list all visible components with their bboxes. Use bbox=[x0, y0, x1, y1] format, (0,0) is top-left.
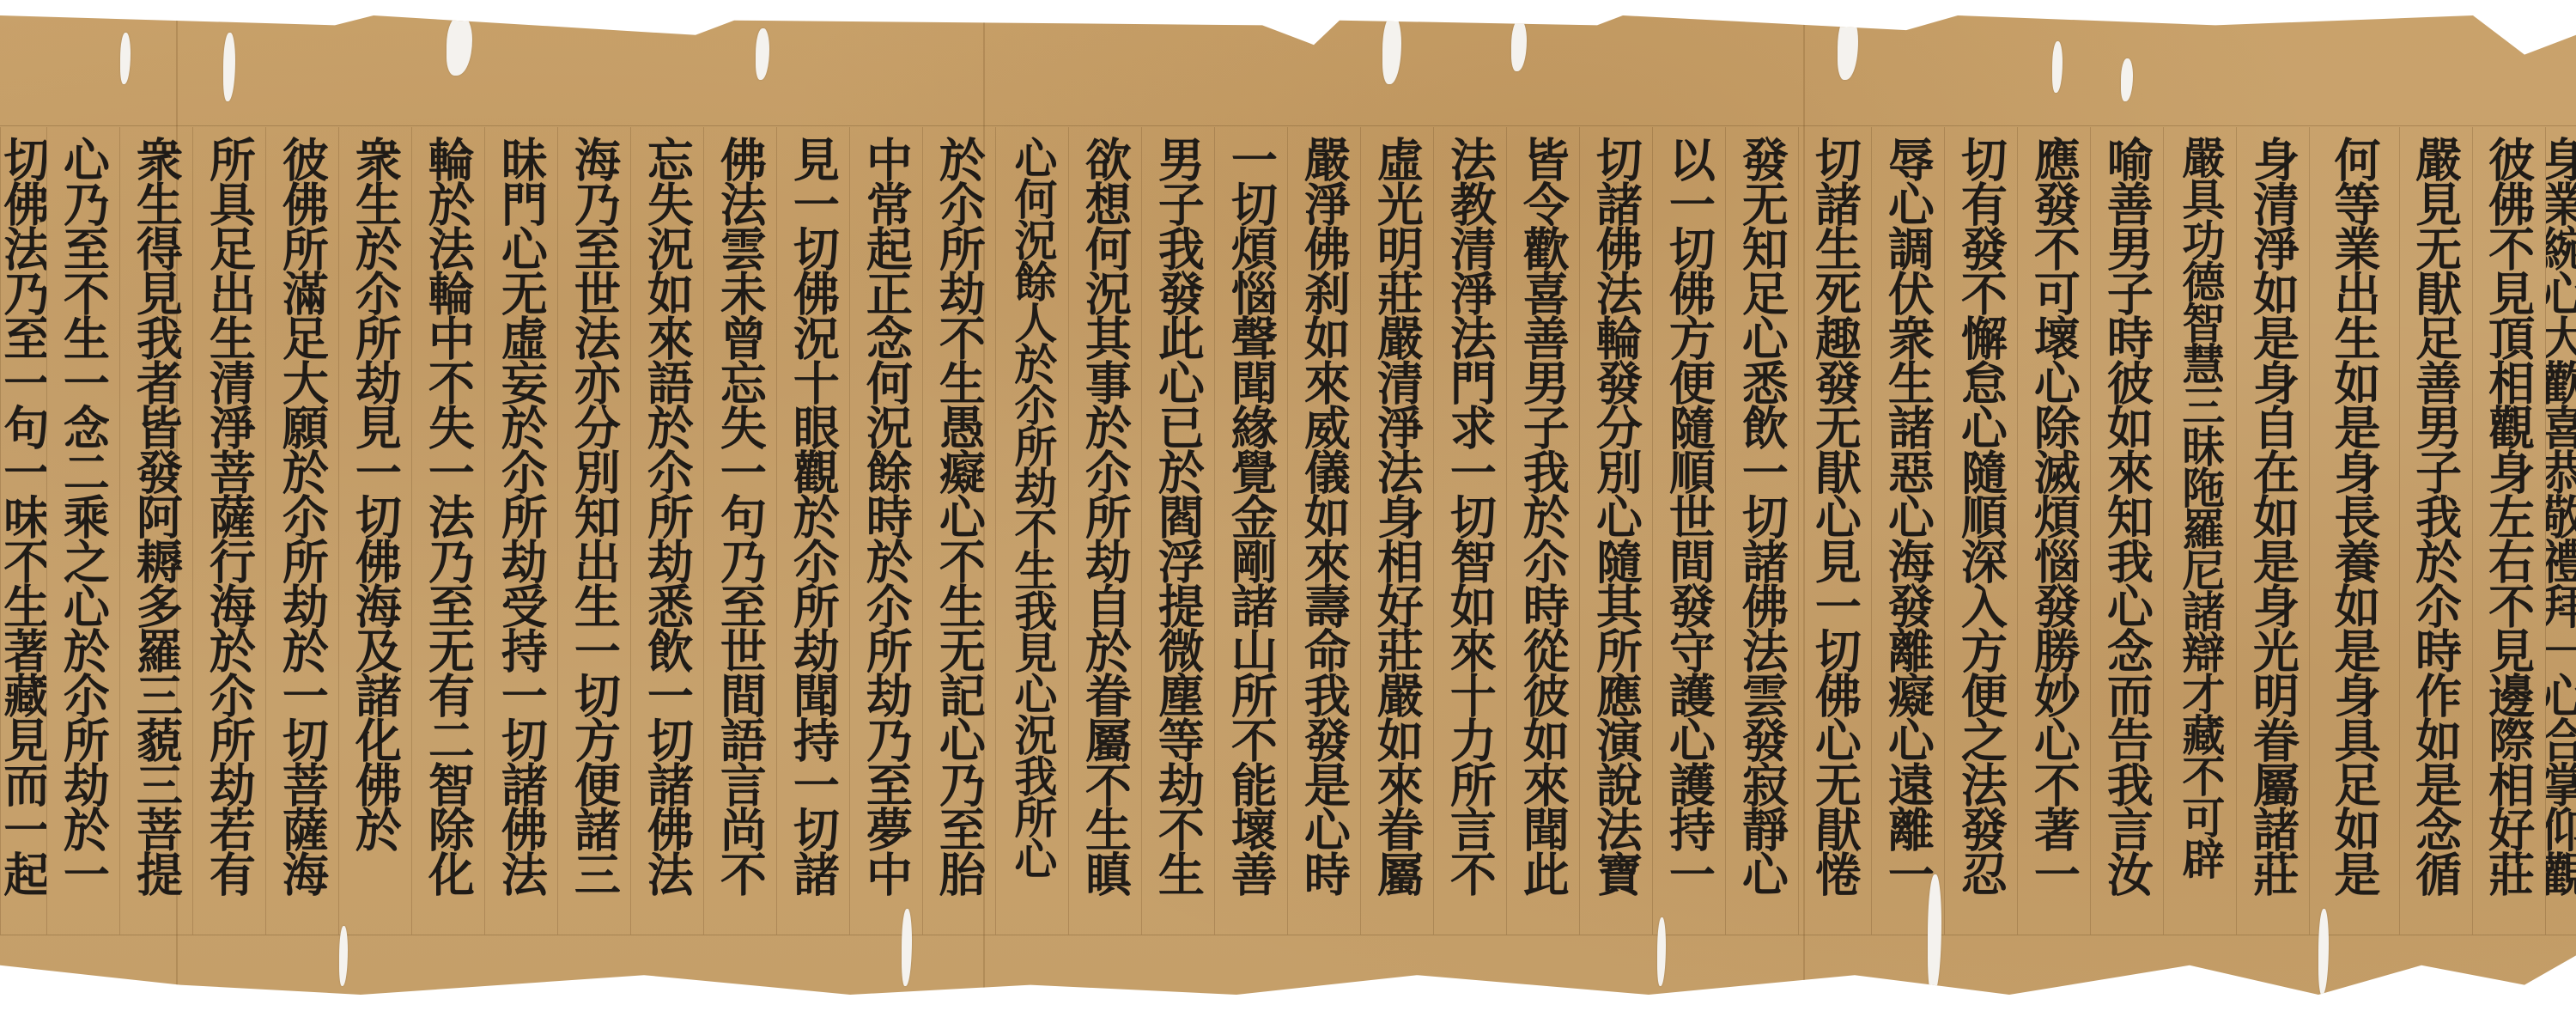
paper-damage bbox=[1511, 20, 1527, 71]
paper-damage bbox=[223, 33, 235, 101]
text-column: 忘失況如來語於尒所劫悉飲一切諸佛法 bbox=[630, 127, 703, 935]
column-text: 嚴淨佛刹如來威儀如來壽命我發是心時 bbox=[1301, 127, 1347, 935]
paper-damage bbox=[339, 926, 348, 986]
text-column: 切諸佛法輪發分別心隨其所應演說法寶 bbox=[1579, 127, 1652, 935]
column-text: 中常起正念何況餘時於尒所劫乃至夢中 bbox=[863, 127, 909, 935]
text-column: 皆令歡喜善男子我於尒時從彼如來聞此 bbox=[1506, 127, 1579, 935]
text-column: 心何況餘人於尒所劫不生我見心況我所心 bbox=[995, 127, 1068, 935]
column-text: 嚴見无猒足善男子我於尒時作如是念循 bbox=[2413, 127, 2459, 935]
text-column: 切諸生死趣發无猒心見一切佛心无猒惓 bbox=[1798, 127, 1871, 935]
column-text: 喻善男子時彼如來知我心念而告我言汝 bbox=[2104, 127, 2150, 935]
column-text: 於尒所劫不生愚癡心不生无記心乃至胎 bbox=[936, 127, 982, 935]
text-column: 彼佛所滿足大願於尒所劫於一切菩薩海 bbox=[265, 127, 338, 935]
text-columns: 身業綩心大歡喜恭敬禮拜一心合掌仰觀 彼佛不見頂相觀身左右不見邊際相好莊 嚴見无猒… bbox=[0, 127, 2576, 935]
paper-damage bbox=[120, 33, 131, 84]
text-column: 一切煩惱聲聞緣覺金剛諸山所不能壞善 bbox=[1214, 127, 1287, 935]
text-column: 以一切佛方便隨順世間發守護心護持一 bbox=[1652, 127, 1725, 935]
column-text: 一切煩惱聲聞緣覺金剛諸山所不能壞善 bbox=[1228, 127, 1274, 935]
text-column: 海乃至世法亦分別知出生一切方便諸三 bbox=[557, 127, 630, 935]
text-column: 嚴淨佛刹如來威儀如來壽命我發是心時 bbox=[1287, 127, 1360, 935]
text-column: 昧門心无虛妄於尒所劫受持一切諸佛法 bbox=[484, 127, 557, 935]
text-column: 身清淨如是身自在如是身光明眷屬諸莊 bbox=[2236, 127, 2309, 935]
column-text: 心乃至不生一念二乘之心於尒所劫於一 bbox=[60, 127, 106, 935]
text-column: 衆生於尒所劫見一切佛海及諸化佛於 bbox=[338, 127, 411, 935]
paper-damage bbox=[1838, 15, 1858, 80]
text-column: 應發不可壞心除滅煩惱發勝妙心不著一 bbox=[2017, 127, 2090, 935]
column-text: 身清淨如是身自在如是身光明眷屬諸莊 bbox=[2250, 127, 2296, 935]
top-rule-line bbox=[0, 125, 2576, 126]
column-text: 切諸生死趣發无猒心見一切佛心无猒惓 bbox=[1812, 127, 1858, 935]
text-column: 男子我發此心已於閻浮提微塵等劫不生 bbox=[1141, 127, 1214, 935]
text-column: 辱心調伏衆生諸惡心海發離癡心遠離一 bbox=[1871, 127, 1944, 935]
paper-damage bbox=[447, 15, 472, 76]
text-column: 身業綩心大歡喜恭敬禮拜一心合掌仰觀 bbox=[2545, 127, 2576, 935]
text-column: 見一切佛況十眼觀於尒所劫聞持一切諸 bbox=[776, 127, 849, 935]
column-text: 切有發不懈怠心隨順深入方便之法發忍 bbox=[1958, 127, 2004, 935]
column-text: 以一切佛方便隨順世間發守護心護持一 bbox=[1666, 127, 1712, 935]
column-text: 切諸佛法輪發分別心隨其所應演說法寶 bbox=[1593, 127, 1639, 935]
column-text: 法教清淨法門求一切智如來十力所言不 bbox=[1447, 127, 1493, 935]
paper-damage bbox=[2121, 58, 2133, 101]
paper-damage bbox=[1928, 874, 1941, 995]
column-text: 切佛法乃至一句一味不生著藏見而一起 bbox=[1, 127, 47, 935]
column-text: 嚴具功德智慧三昧陁羅尼諸辯才藏不可辟 bbox=[2178, 127, 2221, 935]
text-column: 佛法雲未曾忘失一句乃至世間語言尚不 bbox=[703, 127, 776, 935]
column-text: 身業綩心大歡喜恭敬禮拜一心合掌仰觀 bbox=[2545, 127, 2576, 935]
column-text: 心何況餘人於尒所劫不生我見心況我所心 bbox=[1011, 127, 1054, 935]
paper-damage bbox=[756, 28, 769, 80]
column-text: 彼佛不見頂相觀身左右不見邊際相好莊 bbox=[2486, 127, 2532, 935]
column-text: 輪於法輪中不失一法乃至无有二智除化 bbox=[425, 127, 471, 935]
text-column: 中常起正念何況餘時於尒所劫乃至夢中 bbox=[849, 127, 922, 935]
text-column: 何等業出生如是身長養如是身具足如是 bbox=[2309, 127, 2398, 935]
column-text: 忘失況如來語於尒所劫悉飲一切諸佛法 bbox=[644, 127, 690, 935]
column-text: 見一切佛況十眼觀於尒所劫聞持一切諸 bbox=[790, 127, 836, 935]
column-text: 佛法雲未曾忘失一句乃至世間語言尚不 bbox=[717, 127, 763, 935]
column-text: 何等業出生如是身長養如是身具足如是 bbox=[2331, 127, 2378, 935]
bottom-rule-line bbox=[0, 935, 2576, 935]
text-column: 嚴見无猒足善男子我於尒時作如是念循 bbox=[2399, 127, 2472, 935]
column-text: 衆生得見我者皆發阿耨多羅三藐三菩提 bbox=[133, 127, 179, 935]
column-text: 欲想何況其事於尒所劫自於眷屬不生瞋 bbox=[1082, 127, 1128, 935]
column-text: 衆生於尒所劫見一切佛海及諸化佛於 bbox=[352, 127, 398, 935]
text-column: 欲想何況其事於尒所劫自於眷屬不生瞋 bbox=[1068, 127, 1141, 935]
text-column: 法教清淨法門求一切智如來十力所言不 bbox=[1433, 127, 1506, 935]
paper-damage bbox=[902, 909, 912, 986]
column-text: 辱心調伏衆生諸惡心海發離癡心遠離一 bbox=[1885, 127, 1931, 935]
paper-damage bbox=[2318, 909, 2329, 995]
text-column: 於尒所劫不生愚癡心不生无記心乃至胎 bbox=[922, 127, 995, 935]
text-column: 切有發不懈怠心隨順深入方便之法發忍 bbox=[1944, 127, 2017, 935]
text-column: 衆生得見我者皆發阿耨多羅三藐三菩提 bbox=[119, 127, 192, 935]
text-column: 所具足出生清淨菩薩行海於尒所劫若有 bbox=[192, 127, 265, 935]
column-text: 虛光明莊嚴清淨法身相好莊嚴如來眷屬 bbox=[1374, 127, 1420, 935]
text-column: 發无知足心悉飲一切諸佛法雲發寂靜心 bbox=[1725, 127, 1798, 935]
column-text: 發无知足心悉飲一切諸佛法雲發寂靜心 bbox=[1739, 127, 1785, 935]
column-text: 應發不可壞心除滅煩惱發勝妙心不著一 bbox=[2031, 127, 2077, 935]
text-column: 虛光明莊嚴清淨法身相好莊嚴如來眷屬 bbox=[1360, 127, 1433, 935]
text-column: 彼佛不見頂相觀身左右不見邊際相好莊 bbox=[2472, 127, 2545, 935]
column-text: 彼佛所滿足大願於尒所劫於一切菩薩海 bbox=[279, 127, 325, 935]
column-text: 皆令歡喜善男子我於尒時從彼如來聞此 bbox=[1520, 127, 1566, 935]
column-text: 昧門心无虛妄於尒所劫受持一切諸佛法 bbox=[498, 127, 544, 935]
text-column: 切佛法乃至一句一味不生著藏見而一起 bbox=[0, 127, 46, 935]
text-column: 嚴具功德智慧三昧陁羅尼諸辯才藏不可辟 bbox=[2163, 127, 2236, 935]
text-column: 心乃至不生一念二乘之心於尒所劫於一 bbox=[46, 127, 119, 935]
paper-damage bbox=[1382, 15, 1401, 84]
paper-damage bbox=[1657, 917, 1666, 986]
column-text: 所具足出生清淨菩薩行海於尒所劫若有 bbox=[206, 127, 252, 935]
column-text: 男子我發此心已於閻浮提微塵等劫不生 bbox=[1155, 127, 1201, 935]
text-column: 喻善男子時彼如來知我心念而告我言汝 bbox=[2090, 127, 2163, 935]
manuscript-scroll: 身業綩心大歡喜恭敬禮拜一心合掌仰觀 彼佛不見頂相觀身左右不見邊際相好莊 嚴見无猒… bbox=[0, 15, 2576, 995]
paper-damage bbox=[2052, 41, 2063, 93]
column-text: 海乃至世法亦分別知出生一切方便諸三 bbox=[571, 127, 617, 935]
text-column: 輪於法輪中不失一法乃至无有二智除化 bbox=[411, 127, 484, 935]
